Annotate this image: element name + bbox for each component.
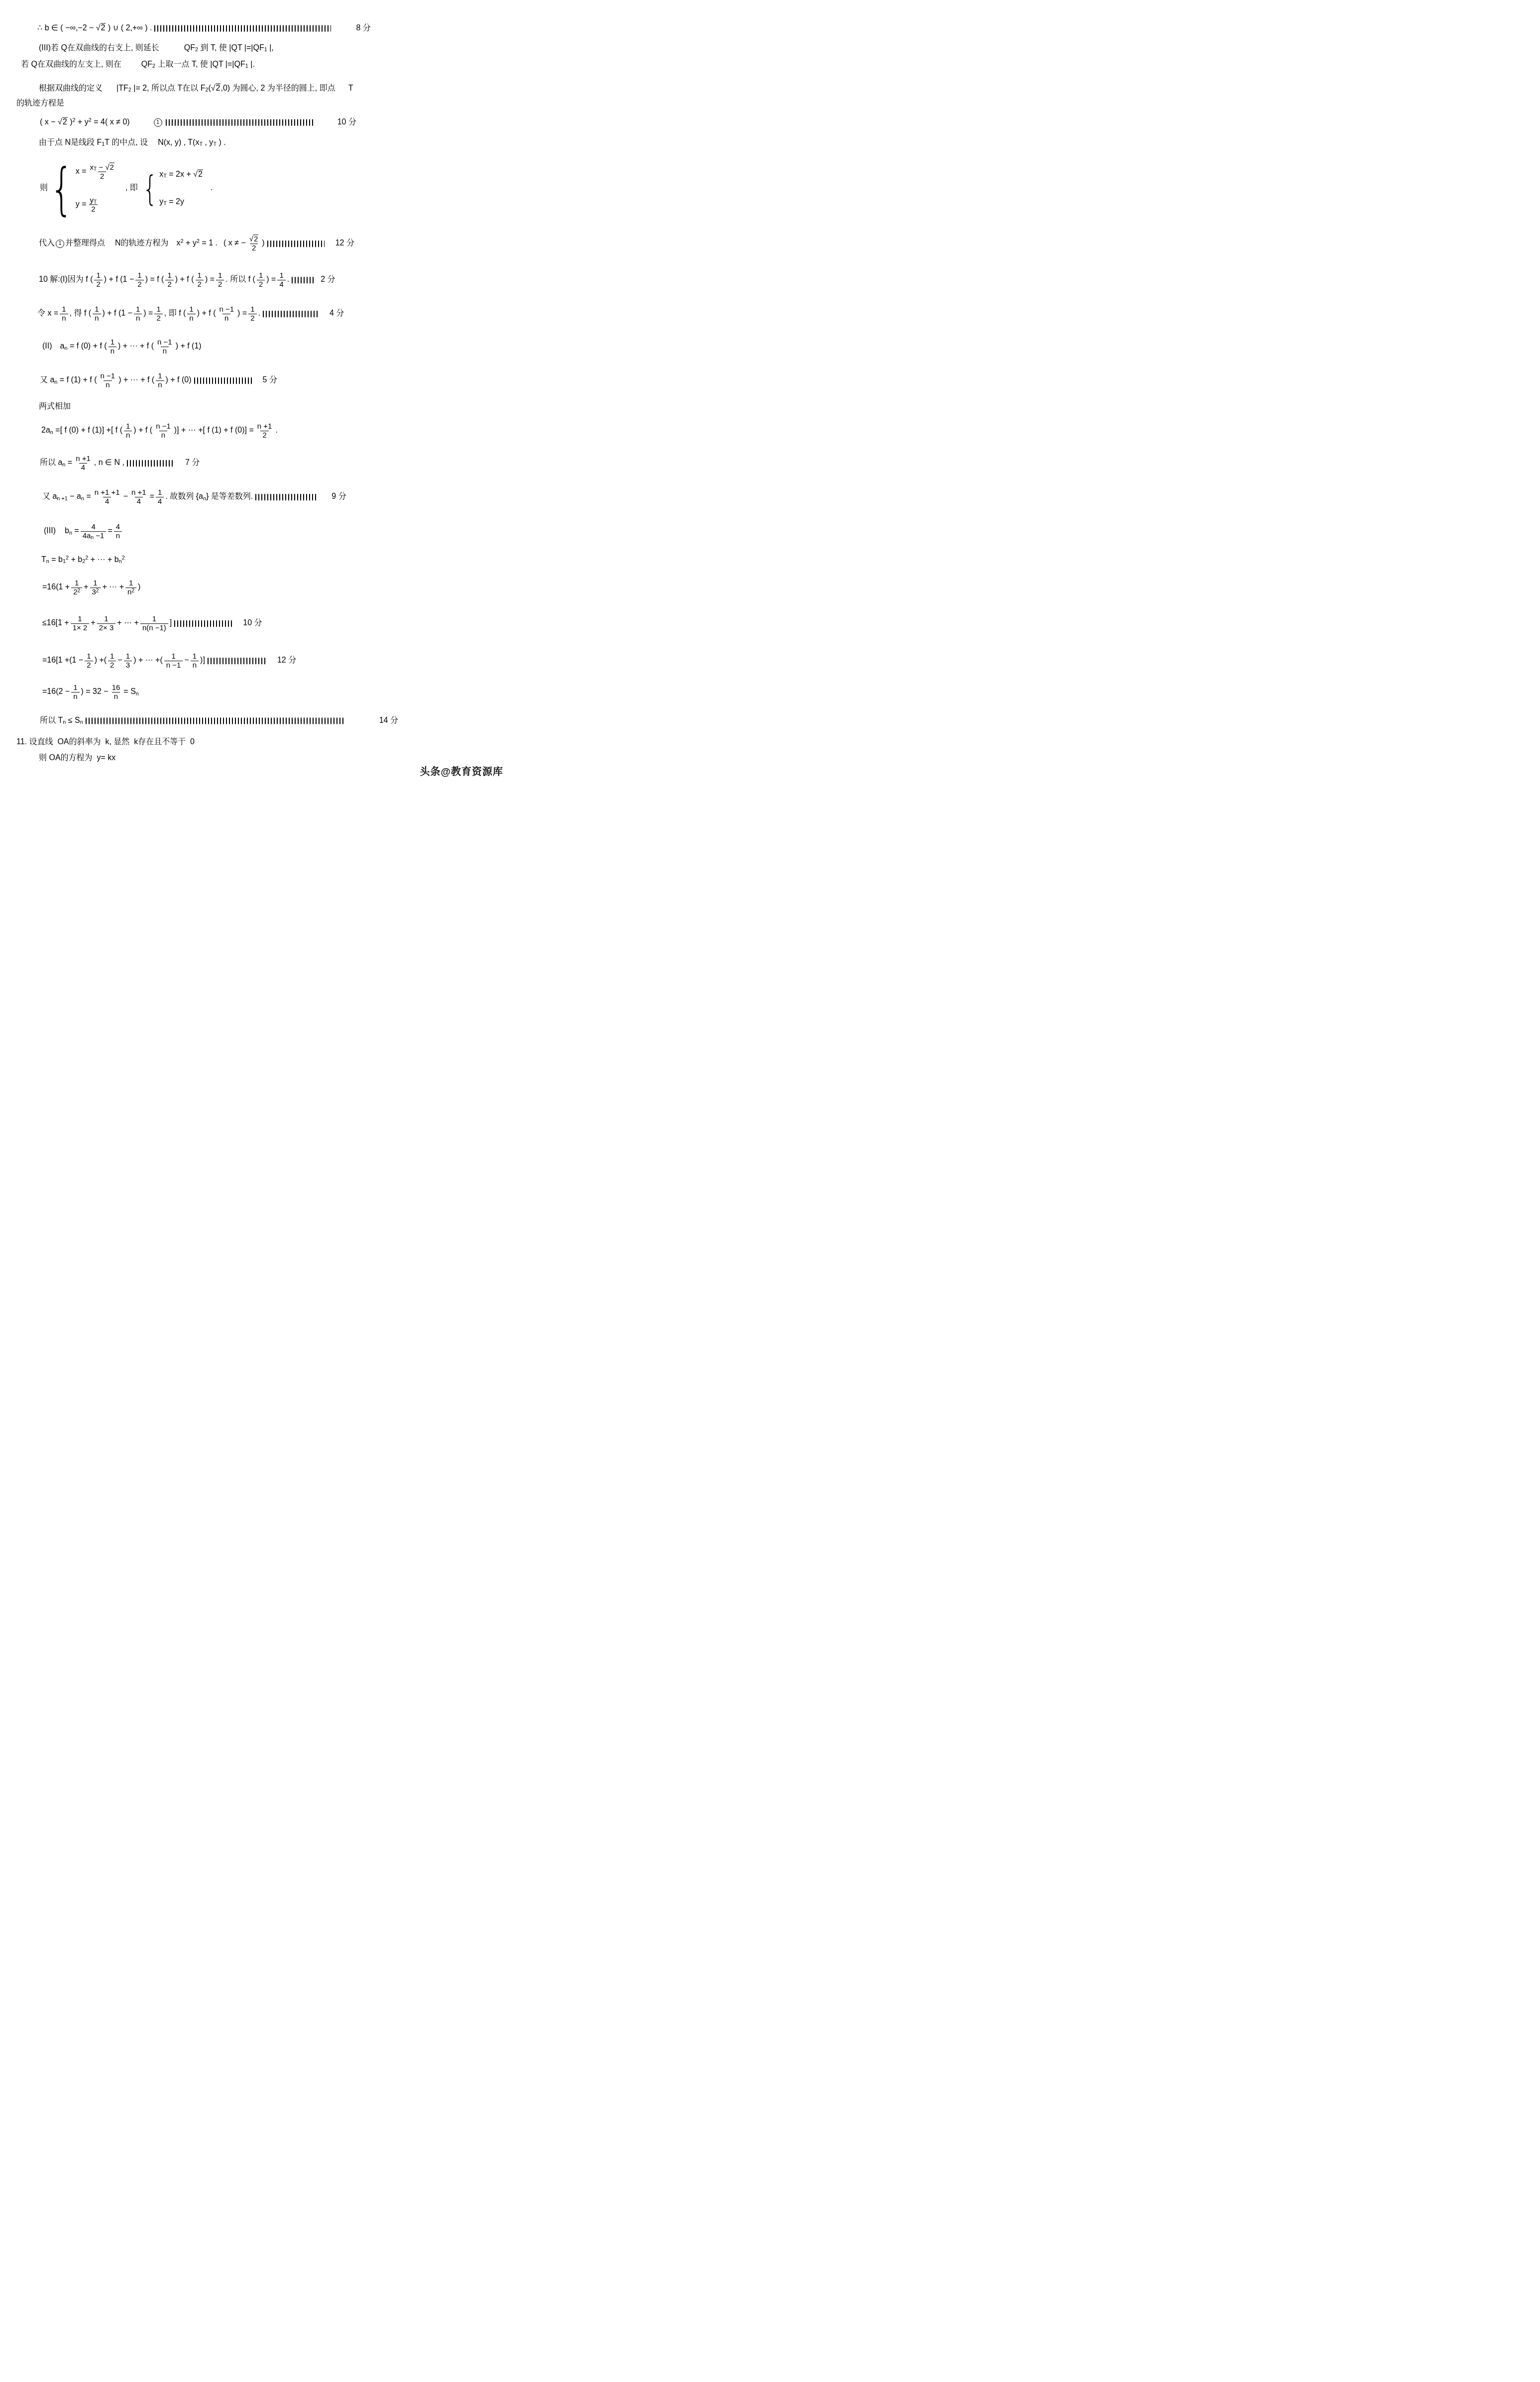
dotted-leader [267,241,325,247]
circled-number: 1 [56,240,64,248]
fraction: yT2 [88,196,99,214]
text-run: QF2 上取一点 T, 使 |QT |=|QF1 |. [141,60,255,70]
text-run: ) + f (1 − [103,309,132,320]
text-run: ) + ··· +( [133,656,163,667]
fraction: n +14 [74,454,93,472]
line-q10-part1: 10 解:(I)因为 f (12) + f (1 −12) = f (12) +… [39,271,335,289]
cases-row: yT = 2y [159,197,203,207]
text-run: ) = [143,309,153,320]
text-run: QF2 到 T, 使 |QT |=|QF1 |, [184,43,274,54]
fraction: 1n [187,305,195,323]
text-run: ) + f ( [197,309,216,320]
text-run: f ( [86,275,93,286]
text-run: f ( [248,275,255,286]
fraction: 13 [124,652,132,670]
text-run: ) + f (0) [166,376,192,386]
line-add-two-equations: 两式相加 [39,402,71,412]
cases-row: xT = 2x + √2 [159,169,203,180]
fraction: n −1n [155,338,174,356]
text-run: , 得 [70,309,84,320]
text-run: =16(2 − [42,687,70,698]
line-tn-final: =16(2 −1n) = 32 −16n= Sn [42,683,139,701]
fraction: 122 [71,579,82,597]
text-run: 又 an +1 − an = [42,492,91,503]
line-substitute-simplify: 代入1并整理得点N的轨迹方程为x2 + y2 = 1 .( x ≠ −√22)1… [39,235,354,253]
fraction: 1n2 [125,579,136,597]
text-run: ) = [266,275,276,286]
line-an-difference: 又 an +1 − an =n +1 +14−n +14=14. 故数列 {an… [42,488,346,506]
fraction: 1n [60,305,68,323]
cases-group: {x =xT − √22y =yT2 [50,163,118,214]
text-run: 则 [40,183,48,194]
fraction: 14 [277,271,285,289]
fraction: 11× 2 [71,615,90,633]
text-run: 14 分 [379,716,398,726]
line-case3-right-branch: (III)若 Q在双曲线的右支上, 则延长QF2 到 T, 使 |QT |=|Q… [39,43,274,54]
fraction: 132 [90,579,101,597]
text-run: ) +( [95,656,107,667]
fraction: 1n [71,683,79,701]
line-midpoint-setup: 由于点 N是线段 F1T 的中点, 设N(x, y) , T(xT , yT )… [39,138,226,148]
fraction: n −1n [217,305,236,323]
fraction: n +14 [129,488,148,506]
text-run: . [275,426,277,437]
fraction: 12 [248,305,256,323]
fraction: √22 [247,235,261,253]
dotted-leader [292,277,316,284]
text-run: 2an =[ f (0) + f (1)] +[ f ( [41,426,122,437]
fraction: 1n [93,305,101,323]
text-run: ) = 32 − [81,687,109,698]
line-q10-let-x: 令 x =1n, 得 f (1n) + f (1 −1n) =12, 即 f (… [37,305,344,323]
text-run: ] [170,619,172,629]
text-run: 9 分 [331,492,346,503]
text-run: ) [262,239,264,249]
fraction: 12 [135,271,143,289]
text-run: )] + ··· +[ f (1) + f (0)] = [174,426,254,437]
fraction: 12 [257,271,265,289]
text-run: 又 an = f (1) + f ( [40,376,97,386]
line-telescoping: =16[1 +(1 −12) +(12−13) + ··· +(1n −1−1n… [42,652,296,670]
fraction: 16n [110,683,122,701]
text-run: 10 解:(I)因为 [39,275,86,286]
text-run: ∴ b ∈ ( −∞,−2 − √2 ) ∪ ( 2,+∞ ) . [37,23,152,34]
line-trajectory-equation-label: 的轨迹方程是 [16,99,64,109]
text-run: 4 分 [330,309,344,320]
text-run: )] [200,656,205,667]
line-hyperbola-definition: 根据双曲线的定义|TF2 |= 2, 所以点 T在以 F2(√2,0) 为圆心,… [39,84,353,94]
line-tn-bound: ≤16[1 +11× 2+12× 3+ ··· +1n(n −1)]10 分 [42,615,262,633]
text-run: + ··· + [117,619,139,629]
text-run: 若 Q在双曲线的左支上, 则在 [21,60,121,70]
text-run: . 故数列 {an} 是等差数列. [165,492,253,503]
text-run: ) + f ( [175,275,194,286]
watermark-text: 头条@教育资源库 [420,764,503,778]
text-run: 2 分 [321,275,335,286]
line-tn-definition: Tn = b12 + b22 + ··· + bn2 [41,555,125,566]
text-run: ) + f ( [133,426,152,437]
fraction: 12× 3 [97,615,116,633]
text-run: 代入 [39,239,55,249]
text-run: ≤16[1 + [42,619,69,629]
line-case3-left-branch: 若 Q在双曲线的左支上, 则在QF2 上取一点 T, 使 |QT |=|QF1 … [21,60,255,70]
fraction: 12 [216,271,224,289]
text-run: N的轨迹方程为 [115,239,169,249]
text-run: 两式相加 [39,402,71,412]
text-run: f ( [84,309,91,320]
line-2an-sum: 2an =[ f (0) + f (1)] +[ f (1n) + f (n −… [41,422,278,440]
fraction: 1n [191,652,199,670]
fraction: 12 [154,305,162,323]
fraction: 1n(n −1) [140,615,168,633]
fraction: n −1n [99,372,117,390]
text-run: y = [76,199,87,210]
text-run: − [117,656,122,667]
text-run: T [348,84,353,94]
text-run: 7 分 [185,458,200,469]
dotted-leader [263,311,318,318]
text-run: 由于点 N是线段 F1T 的中点, 设 [39,138,148,148]
text-run: ) + ··· + f ( [118,342,154,352]
text-run: ( x − √2 )2 + y2 = 4( x ≠ 0) [40,117,130,128]
fraction: n +1 +14 [93,488,122,506]
text-run: + [91,619,95,629]
circled-number: 1 [154,118,162,126]
line-q11-equation: 则 OA的方程为 y= kx [39,753,115,764]
text-run: x = [76,167,87,177]
line-q10-an-reversed: 又 an = f (1) + f (n −1n) + ··· + f (1n) … [40,372,277,390]
text-run: 11. 设直线 OA的斜率为 k, 显然 k存在且不等于 0 [16,737,195,748]
fraction: n +12 [255,422,274,440]
text-run: ) = [237,309,247,320]
text-run: bn = [65,527,79,537]
document-page: 头条@教育资源库 ∴ b ∈ ( −∞,−2 − √2 ) ∪ ( 2,+∞ )… [0,0,513,794]
text-run: 所以 an = [40,458,72,469]
fraction: 44an −1 [81,523,107,541]
text-run: . [211,183,213,194]
text-run: ) = [205,275,215,286]
text-run: ) + f (1 − [104,275,134,286]
cases-row: x =xT − √22 [76,163,118,181]
text-run: ) = f ( [145,275,164,286]
text-run: − [123,492,128,503]
text-run: = [108,527,112,537]
fraction: 12 [85,652,93,670]
text-run: 则 OA的方程为 y= kx [39,753,115,764]
text-run: 所以 Tn ≤ Sn [40,716,83,726]
text-run: , 即 [125,183,138,194]
text-run: f ( [179,309,186,320]
dotted-leader [127,460,173,467]
cases-group: {xT = 2x + √2yT = 2y [143,169,203,207]
line-q10-part2-an: (II)an = f (0) + f (1n) + ··· + f (n −1n… [42,338,202,356]
fraction: 4n [114,523,122,541]
fraction: xT − √22 [88,163,116,181]
text-run: (II) [42,342,52,352]
line-q11-setup: 11. 设直线 OA的斜率为 k, 显然 k存在且不等于 0 [16,737,195,748]
text-run: 的轨迹方程是 [16,99,64,109]
text-run: 5 分 [263,376,277,386]
text-run: . [258,309,260,320]
text-run: ) [138,583,140,593]
fraction: 1n [109,338,116,356]
fraction: 12 [165,271,173,289]
text-run: Tn = b12 + b22 + ··· + bn2 [41,555,125,566]
text-run: − [184,656,189,667]
text-run: ) + f (1) [176,342,202,352]
text-run: 12 分 [335,239,354,249]
fraction: 12 [108,652,116,670]
line-conclusion-b-range: ∴ b ∈ ( −∞,−2 − √2 ) ∪ ( 2,+∞ ) .8 分 [37,23,371,34]
dotted-leader [166,119,315,125]
text-run: 8 分 [356,23,370,34]
text-run: 12 分 [277,656,296,667]
text-run: (III) [44,527,56,537]
text-run: =16(1 + [42,583,70,593]
text-run: . [287,275,289,286]
dotted-leader [208,658,267,665]
text-run: yT = 2y [159,197,184,207]
line-q10-part3-bn: (III)bn =44an −1=4n [44,523,123,541]
fraction: n −1n [154,422,173,440]
fraction: 1n [156,372,164,390]
text-run: 并整理得点 [65,239,105,249]
line-substitution-system: 则{x =xT − √22y =yT2, 即{xT = 2x + √2yT = … [40,163,213,214]
text-run: ) + ··· + f ( [118,376,154,386]
text-run: =16[1 +(1 − [42,656,83,667]
text-run: = [150,492,154,503]
text-run: ( x ≠ − [223,239,246,249]
text-run: |TF2 |= 2, 所以点 T在以 F2(√2,0) 为圆心, 2 为半径的圆… [116,84,335,94]
line-tn-le-sn: 所以 Tn ≤ Sn14 分 [40,716,398,726]
text-run: . 所以 [225,275,248,286]
text-run: = Sn [123,687,139,698]
fraction: 14 [156,488,164,506]
text-run: , n ∈ N , [94,458,124,469]
fraction: 1n −1 [164,652,183,670]
text-run: N(x, y) , T(xT , yT ) . [158,138,226,148]
dotted-leader [154,25,331,31]
fraction: 1n [124,422,132,440]
text-run: 令 x = [37,309,58,320]
text-run: + ··· + [103,583,124,593]
line-tn-expanded: =16(1 +122+132+ ··· +1n2) [42,579,140,597]
text-run: x2 + y2 = 1 . [177,239,218,249]
text-run: 根据双曲线的定义 [39,84,103,94]
text-run: + [84,583,88,593]
cases-row: y =yT2 [76,196,118,214]
text-run: xT = 2x + √2 [159,169,203,180]
text-run: 10 分 [337,117,356,128]
dotted-leader [174,621,233,627]
text-run: 10 分 [243,619,262,629]
dotted-leader [194,378,253,384]
line-circle-equation: ( x − √2 )2 + y2 = 4( x ≠ 0)110 分 [40,117,356,128]
dotted-leader [86,717,344,724]
text-run: , 即 [164,309,179,320]
text-run: (III)若 Q在双曲线的右支上, 则延长 [39,43,159,54]
fraction: 12 [94,271,102,289]
text-run: an = f (0) + f ( [60,342,107,352]
line-an-formula: 所以 an =n +14, n ∈ N ,7 分 [40,454,200,472]
fraction: 12 [196,271,204,289]
fraction: 1n [134,305,142,323]
dotted-leader [255,494,318,501]
